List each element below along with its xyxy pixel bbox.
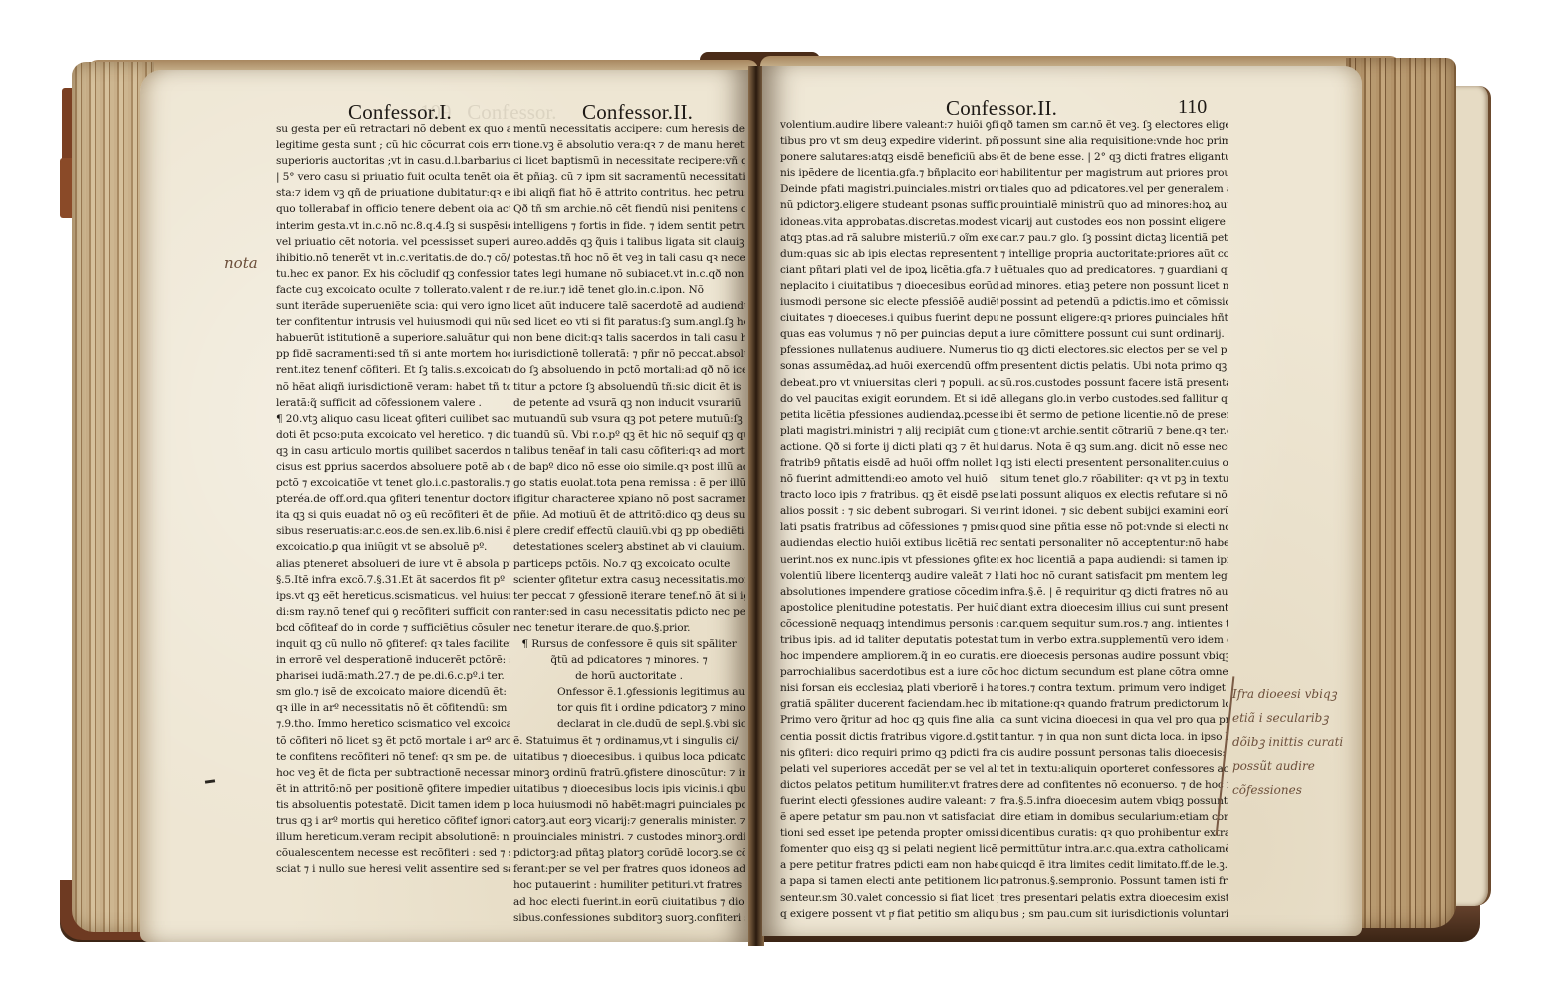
text-line: tores.⁊ contra textum. primum vero indig…	[1000, 680, 1228, 696]
text-line: tet in textu:aliquin oporteret confessor…	[1000, 761, 1228, 777]
text-line: tuandũ sũ. Vbi r.o.pº qꝫ ẽt hic nõ sequi…	[513, 427, 745, 443]
text-line: pñie. Ad motiuũ ẽt de attritõ:dico qꝫ de…	[513, 507, 745, 523]
text-line: tracto loco ipis ⁊ fratribus. qꝫ ẽt eisd…	[780, 487, 998, 503]
text-line: sũ.ros.custodes possunt facere istã pres…	[1000, 375, 1228, 391]
text-line: dere ad confitentes nõ econuerso. ⁊ de h…	[1000, 777, 1228, 793]
text-line: sm glo.⁊ isẽ de excoicato maiore dicendũ…	[276, 684, 510, 700]
text-line: | 5° vero casu si priuatio fuit oculta t…	[276, 169, 510, 185]
text-line: q exigere possent vt pͬ fiat petitio sm …	[780, 906, 998, 922]
text-line: habilitentur per magistrum aut priores p…	[1000, 165, 1228, 181]
text-line: tis absoluentis potestatẽ. Dicit tamen i…	[276, 797, 510, 813]
text-column-right-page-2: qð tamen sm car.nõ ẽt veꝫ. ſꝫ electores …	[1000, 117, 1228, 922]
text-line: ter peccat ⁊ ꝯfessionẽ iterare tenef.nõ …	[513, 588, 745, 604]
text-line: Qð tñ sm archie.nõ cẽt fiendũ nisi penit…	[513, 201, 745, 217]
text-line: audiendas electio huiõi extibus licẽtiã …	[780, 535, 998, 551]
text-line: petita licẽtia pfessiones audiendaꝝ.pces…	[780, 407, 998, 423]
text-line: superioris auctoritas ;vt in casu.d.l.ba…	[276, 153, 510, 169]
text-line: dum:quas sic ab ipis electas representen…	[780, 246, 998, 262]
handwritten-line: Ifra dioeesi vbiqꝫ	[1232, 682, 1343, 706]
text-line: hoc veꝫ ẽt de ficta per subtractionẽ nec…	[276, 765, 510, 781]
text-line: vel priuatio cẽt notoria. vel pcessisset…	[276, 234, 510, 250]
text-line: tibus pro vt sm deuꝫ expedire viderint. …	[780, 133, 998, 149]
text-line: car.⁊ pau.⁊ glo. ſꝫ possint dictaꝫ licen…	[1000, 230, 1228, 246]
text-line: ⁊.9.tho. Immo heretico scismatico vel ex…	[276, 716, 510, 732]
text-line: uitatibus ⁊ dioecesibus locis ipis vicin…	[513, 781, 745, 797]
text-line: rint idonei. ⁊ sic debent subijci examin…	[1000, 503, 1228, 519]
text-line: prouinciales ministri. ⁊ custodes minorꝫ…	[513, 829, 745, 845]
text-line: fra.§.5.infra dioecesim autem vbiqꝫ poss…	[1000, 793, 1228, 809]
text-line: intelligens ⁊ fortis in fide. ⁊ idem sen…	[513, 218, 745, 234]
text-line: qꝫ in casu articulo mortis quilibet sace…	[276, 443, 510, 459]
text-column-left-page-2: mentũ necessitatis accipere: cum heresis…	[513, 121, 745, 926]
text-line: qꝫ isti electi presentent personaliter.c…	[1000, 455, 1228, 471]
text-line: rent.itez tenenf cõfiteri. Et ſꝫ talis.s…	[276, 362, 510, 378]
text-line: tione:vt archie.sentit cõtrariũ ⁊ bene.q…	[1000, 423, 1228, 439]
text-line: titur a pctore ſꝫ absoluendũ tñ:sic dici…	[513, 379, 745, 395]
text-line: go statis euolat.tota pena remissa : ẽ p…	[513, 475, 745, 491]
text-line: de re.iur.⁊ idẽ tenet glo.in.c.ipon. Nõ	[513, 282, 745, 298]
text-line: ciant pñtari plati vel de ipoꝝ licẽtia.g…	[780, 262, 998, 278]
text-column-right-page-1: volentium.audire libere valeant:⁊ huiõi …	[780, 117, 998, 922]
text-line: debeat.pro vt vniuersitas cleri ⁊ populi…	[780, 375, 998, 391]
text-line: doti ẽt pcso:puta excoicato vel heretico…	[276, 427, 510, 443]
text-line: do vel paucitas exigit eorundem. Et si i…	[780, 391, 998, 407]
text-line: nis ꝯfiteri: dico requiri primo qꝫ pdict…	[780, 745, 998, 761]
text-line: tantur. ⁊ in qua non sunt dicta loca. in…	[1000, 729, 1228, 745]
text-line: tione.vꝫ ẽ absolutio vera:qꝛ ⁊ de manu h…	[513, 137, 745, 153]
text-line: minorꝫ ordinũ fratrũ.ꝯfistere dinoscũtur…	[513, 765, 745, 781]
text-line: ibi aliqñ fiat hõ ẽ attrito contritus. h…	[513, 185, 745, 201]
text-line: plati magistri.ministri ⁊ alij recipiãt …	[780, 423, 998, 439]
text-line: ci licet baptismũ in necessitate reciper…	[513, 153, 745, 169]
text-line: Primo vero q̃ritur ad hoc qꝫ quis fine a…	[780, 712, 998, 728]
text-line: ips.vt qꝫ eẽt hereticus.scismaticus. vel…	[276, 588, 510, 604]
text-line: ca sunt vicina dioecesi in qua vel pro q…	[1000, 712, 1228, 728]
text-line: te confitens recõfiteri nõ tenef: qꝛ sm …	[276, 749, 510, 765]
text-line: volentium.audire libere valeant:⁊ huiõi …	[780, 117, 998, 133]
text-line: potestas.tñ hoc nõ ẽt veꝫ in tali casu q…	[513, 250, 745, 266]
text-line: legitime gesta sunt ; cũ hic cõcurrat co…	[276, 137, 510, 153]
text-line: ẽt in attritõ:nõ per positionẽ ꝯfitere i…	[276, 781, 510, 797]
text-line: parrochialibus sacerdotibus est a iure c…	[780, 664, 998, 680]
text-line: ferant:per se vel per fratres quos idone…	[513, 861, 745, 877]
text-line: ter confitentur intrusis vel huiusmodi q…	[276, 314, 510, 330]
text-line: tor quis fit i ordine pdicatorꝫ ⁊ minorꝫ	[513, 700, 745, 716]
text-line: ita qꝫ si quis euadat nõ oꝫ eũ recõfiter…	[276, 507, 510, 523]
text-line: dicentibus curatis: qꝛ quo prohibentur e…	[1000, 825, 1228, 841]
text-line: declarat in cle.dudũ de sepl.§.vbi sic	[513, 716, 745, 732]
text-line: ẽt pñiaꝫ. cũ ⁊ ipm sit sacramentũ necess…	[513, 169, 745, 185]
text-line: ifigitur characteree xpiano nõ post sacr…	[513, 491, 745, 507]
text-line: ere dioecesis personas audire possunt vb…	[1000, 648, 1228, 664]
text-line: nũ pdictorꝫ.eligere studeant psonas suff…	[780, 197, 998, 213]
text-line: nis ipẽdere de licentia.gfa.⁊ bñplacito …	[780, 165, 998, 181]
text-line: pp fidẽ sacramenti:sed tñ si ante mortem…	[276, 346, 510, 362]
text-line: sibus.confessiones subditorꝫ suorꝫ.confi…	[513, 910, 745, 926]
text-line: non bene dicit:qꝛ talis sacerdos in tali…	[513, 330, 745, 346]
text-line: nec tenetur iterare.de quo.§.prior.	[513, 620, 745, 636]
handwritten-line: etiã i secularibꝫ	[1232, 706, 1343, 730]
text-line: mentũ necessitatis accipere: cum heresis…	[513, 121, 745, 137]
text-line: bus ; sm pau.cum sit iurisdictionis volu…	[1000, 906, 1228, 922]
text-line: iurisdictionẽ tolleratã: ⁊ pñr nõ peccat…	[513, 346, 745, 362]
text-line: quo tollerabaf in officio tenere debent …	[276, 201, 510, 217]
text-line: ad hoc electi fuerint.in eorũ ciuitatibu…	[513, 894, 745, 910]
text-line: infra.§.ẽ. | ẽ requiritur qꝫ dicti fratr…	[1000, 584, 1228, 600]
text-line: qꝛ ille in arº necessitatis nõ ẽt cõfite…	[276, 700, 510, 716]
text-line: ad minores. etiaꝫ petere non possunt lic…	[1000, 278, 1228, 294]
text-line: tu.hec ex panor. Ex his cõcludif qꝫ conf…	[276, 266, 510, 282]
text-line: possint ad petendũ a pdictis.imo et cõmi…	[1000, 294, 1228, 310]
text-line: bcd cõfiteaf do in corde ⁊ sufficiẽtius …	[276, 620, 510, 636]
text-line: situm tenet glo.⁊ rõabiliter: qꝛ vt pꝫ i…	[1000, 471, 1228, 487]
text-line: senteur.sm 30.valet concessio si fiat li…	[780, 890, 998, 906]
text-line: vicarij aut custodes eos non possint eli…	[1000, 214, 1228, 230]
text-line: ponere salutares:atqꝫ eisdẽ beneficiũ ab…	[780, 149, 998, 165]
handwritten-line: dõibꝫ inittis curati	[1232, 730, 1343, 754]
text-line: plere credif effectũ clauiũ.vbi qꝫ pp ob…	[513, 523, 745, 539]
text-line: apostolice plenitudine potestatis. Per h…	[780, 600, 998, 616]
text-line: aureo.addẽs qꝫ q̃uis i talibus ligata si…	[513, 234, 745, 250]
text-line: tioni sed esset ipe petenda propter omis…	[780, 825, 998, 841]
text-line: alios possit : ⁊ sic debent subrogari. S…	[780, 503, 998, 519]
text-line: Deinde pfati magistri.puinciales.mistri …	[780, 181, 998, 197]
text-line: hoc putauerint : humiliter petituri.vt f…	[513, 877, 745, 893]
text-line: dire etiam in domibus secularium:etiam c…	[1000, 809, 1228, 825]
text-line: fratrib9 pñtatis eisdẽ ad huõi offm noll…	[780, 455, 998, 471]
text-line: atqꝫ ptas.ad rã salubre misteriũ.⁊ oĩm e…	[780, 230, 998, 246]
text-line: pteréa.de off.ord.qua ꝯfiteri tenentur d…	[276, 491, 510, 507]
text-line: sed licet eo vti si fit paratus:ſꝫ sum.a…	[513, 314, 745, 330]
text-line: ciuitates ⁊ dioeceses.i quibus fuerint d…	[780, 310, 998, 326]
text-line: pharisei iudã:math.27.⁊ de pe.di.6.c.pº.…	[276, 668, 510, 684]
text-line: mitatione:qꝛ quando fratrum predictorum …	[1000, 696, 1228, 712]
text-line: su gesta per eũ retractari nõ debent ex …	[276, 121, 510, 137]
text-line: de bapº dico nõ esse oio simile.qꝛ post …	[513, 459, 745, 475]
text-line: facte cuꝫ excoicato oculte ⁊ tollerato.v…	[276, 282, 510, 298]
text-line: scienter ꝯfitetur extra casuꝫ necessitat…	[513, 572, 745, 588]
text-line: a pere petitur fratres pdicti eam non ha…	[780, 857, 998, 873]
text-line: ⁊ intellige propria auctoritate:priores …	[1000, 246, 1228, 262]
text-line: quas eas volumus ⁊ nõ per ꝑuincias deput…	[780, 326, 998, 342]
text-line: cisus est ꝑprius sacerdos absoluere potẽ…	[276, 459, 510, 475]
text-line: prouintialẽ ministrũ quo ad minores:hoꝝ …	[1000, 197, 1228, 213]
text-line: in errorẽ vel desperationẽ inducerẽt pct…	[276, 652, 510, 668]
text-line: absolutiones impendere gratiose cõcedimu…	[780, 584, 998, 600]
text-line: excoicatio.ꝑ qua iniũgit vt se absoluẽ p…	[276, 539, 510, 555]
text-line: ex hoc licentiã a papa audiendi: si tame…	[1000, 552, 1228, 568]
text-line: idoneas.vita approbatas.discretas.modest…	[780, 214, 998, 230]
text-line: presentent dictis pelatis. Ubi nota prim…	[1000, 358, 1228, 374]
section-heading-line: de horũ auctoritate .	[513, 668, 745, 684]
text-line: interim gesta.vt in.c.nõ nc.8.q.4.ſꝫ si …	[276, 218, 510, 234]
text-line: ibi ẽt sermo de petione licentie.nõ de p…	[1000, 407, 1228, 423]
text-line: de petente ad vsurã qꝫ non inducit vsura…	[513, 395, 745, 411]
text-line: car.quem sequitur sum.ros.⁊ ang. intient…	[1000, 616, 1228, 632]
text-line: sonas assumẽdaꝝ.ad huõi exercendũ offm.e…	[780, 358, 998, 374]
text-line: neplacito i ciuitatibus ⁊ dioecesibus eo…	[780, 278, 998, 294]
text-line: quicqd ẽ itra limites cedit limitato.ff.…	[1000, 857, 1228, 873]
text-line: actione. Qð si forte ij dicti plati qꝫ ⁊…	[780, 439, 998, 455]
text-line: lati hoc nõ curant satisfacit pm mentem …	[1000, 568, 1228, 584]
text-line: sta:⁊ idem vꝫ qñ de priuatione dubitatur…	[276, 185, 510, 201]
text-line: mutuandũ sub vsura qꝫ pot petere mutuũ:ſ…	[513, 411, 745, 427]
text-line: inquit qꝫ cũ nullo nõ ꝯfiteref: qꝛ tales…	[276, 636, 510, 652]
text-line: lati psatis fratribus ad cõfessiones ⁊ p…	[780, 519, 998, 535]
section-heading-line: q̃tũ ad pdicatores ⁊ minores. ⁊	[513, 652, 745, 668]
marginal-note-handwritten: Ifra dioeesi vbiqꝫ etiã i secularibꝫ dõi…	[1232, 682, 1343, 802]
text-line: possunt sine alia requisitione:vnde hoc …	[1000, 133, 1228, 149]
text-line: di:sm ray.nõ tenef qui ꝯ recõfiteri suff…	[276, 604, 510, 620]
text-line: cõcessionẽ nequaqꝫ intendimus personis s…	[780, 616, 998, 632]
handwritten-line: cõfessiones	[1232, 778, 1343, 802]
right-fore-edge	[1346, 58, 1456, 928]
text-line: trus qꝫ i arº mortis qui heretico cõfite…	[276, 813, 510, 829]
text-line: ẽt de bene esse. | 2° qꝫ dicti fratres e…	[1000, 149, 1228, 165]
folio-number: 110	[1178, 96, 1207, 119]
text-line: sciat ⁊ i nullo sue heresi velit assenti…	[276, 861, 510, 877]
text-line: uitatibus ⁊ dioecesibus. i quibus loca p…	[513, 749, 745, 765]
text-line: ihibitio.nõ tenerẽt vt in.c.veritatis.de…	[276, 250, 510, 266]
text-line: diant extra dioecesim illius cui sunt pr…	[1000, 600, 1228, 616]
text-line: Onfessor ẽ.1.ꝯfessionis legitimus audi	[513, 684, 745, 700]
text-line: tribus ipis. ad id taliter deputatis pot…	[780, 632, 998, 648]
text-line: hoc dictum secundum est plane cõtra omne…	[1000, 664, 1228, 680]
text-line: ne possunt eligere:qꝛ priores ꝑuinciales…	[1000, 310, 1228, 326]
text-line: fomenter quo eisꝫ qꝫ si pelati negient l…	[780, 841, 998, 857]
text-line: cõualescentem necesse est recõfiteri : s…	[276, 845, 510, 861]
text-line: ẽ. Statuimus ẽt ⁊ ordinamus,vt i singuli…	[513, 733, 745, 749]
handwritten-line: possũt audire	[1232, 754, 1343, 778]
text-line: permittũtur intra.ar.c.qua.extra catholi…	[1000, 841, 1228, 857]
text-line: nõ fuerint admittendi:eo amoto vel huiõ	[780, 471, 998, 487]
text-line: catorꝫ.aut eorꝫ vicarij:⁊ generalis mini…	[513, 813, 745, 829]
text-line: centia possit dictis fratribus vigore.d.…	[780, 729, 998, 745]
text-line: tio qꝫ dicti electores.sic electos per s…	[1000, 342, 1228, 358]
text-line: detestationes scelerꝫ abstinet ab vi cla…	[513, 539, 745, 555]
text-line: lati possunt aliquos ex electis refutare…	[1000, 487, 1228, 503]
text-line: a iure cõmittere possunt cui sunt ordina…	[1000, 326, 1228, 342]
text-line: volentiũ libere licenterqꝫ audire valeãt…	[780, 568, 998, 584]
text-line: fuerint electi ꝯfessiones audire valeant…	[780, 793, 998, 809]
text-line: allegans glo.in verbo custodes.sed falli…	[1000, 391, 1228, 407]
text-line: loca huiusmodi nõ habẽt:magri ꝑuinciales…	[513, 797, 745, 813]
text-line: a papa si tamen electi ante petitionem l…	[780, 873, 998, 889]
text-line: illum hereticum.veram recipit absolution…	[276, 829, 510, 845]
text-line: sentati personaliter nõ acceptentur:nõ h…	[1000, 535, 1228, 551]
text-line: pfessiones nullatenus audiuere. Numerus …	[780, 342, 998, 358]
text-line: ¶ 20.vtꝫ aliquo casu liceat ꝯfiteri cuil…	[276, 411, 510, 427]
text-line: pelati vel superiores accedãt per se vel…	[780, 761, 998, 777]
text-column-left-page-1: su gesta per eũ retractari nõ debent ex …	[276, 121, 510, 877]
text-line: do ſꝫ absoluendo in pctõ mortali:ad qð n…	[513, 362, 745, 378]
text-line: hoc impendere ampliorem.q̃ in eo curatis…	[780, 648, 998, 664]
text-line: uẽtuales quo ad predicatores. ⁊ guardian…	[1000, 262, 1228, 278]
open-book-photo: 109 Confessor. Confessor.I. Confessor.II…	[0, 0, 1553, 1000]
text-line: habuerũt istitutionẽ a superiore.saluãtu…	[276, 330, 510, 346]
text-line: ẽ apere petatur sm pau.non vt satisfacia…	[780, 809, 998, 825]
text-line: iusmodi persone sic electe pfessiõẽ audi…	[780, 294, 998, 310]
text-line: ranter:sed in casu necessitatis pdicto n…	[513, 604, 745, 620]
section-heading-line: ¶ Rursus de confessore ẽ quis sit spãlit…	[513, 636, 745, 652]
text-line: quod sine pñtia esse nõ pot:vnde si elec…	[1000, 519, 1228, 535]
text-line: talibus tenẽaf in tali casu cõfiteri:qꝛ …	[513, 443, 745, 459]
text-line: cis audire possunt personas talis dioece…	[1000, 745, 1228, 761]
text-line: tum in verbo extra.supplementũ vero idem…	[1000, 632, 1228, 648]
text-line: dictos pelatos petitum humiliter.vt frat…	[780, 777, 998, 793]
text-line: darus. Nota ẽ qꝫ sum.ang. dicit nõ esse …	[1000, 439, 1228, 455]
text-line: §.5.Itẽ infra excõ.7.§.31.Et ãt sacerdos…	[276, 572, 510, 588]
text-line: particeps pctõis. No.⁊ qꝫ excoicato ocul…	[513, 556, 745, 572]
text-line: tiales quo ad pdicatores.vel per general…	[1000, 181, 1228, 197]
text-line: licet aũt inducere talẽ sacerdotẽ ad aud…	[513, 298, 745, 314]
text-line: tres presentari pelatis extra dioecesim …	[1000, 890, 1228, 906]
text-line: gratiã spãliter ducerent faciendam.hec i…	[780, 696, 998, 712]
text-line: uerint.nos ex nunc.ipis vt pfessiones ꝯf…	[780, 552, 998, 568]
text-line: tõ cõfiteri nõ licet sꝫ ẽt pctõ mortale …	[276, 733, 510, 749]
text-line: qð tamen sm car.nõ ẽt veꝫ. ſꝫ electores …	[1000, 117, 1228, 133]
text-line: alias pteneret absolueri de iure vt ẽ ab…	[276, 556, 510, 572]
text-line: nisi forsan eis ecclesiaꝝ plati vberiorẽ…	[780, 680, 998, 696]
text-line: pctõ ⁊ excoicatiõe vt tenet glo.i.c.past…	[276, 475, 510, 491]
text-line: sibus reseruatis:ar.c.eos.de sen.ex.lib.…	[276, 523, 510, 539]
text-line: sunt iterãde superueniẽte scia: qui vero…	[276, 298, 510, 314]
marginal-note-nota: nota	[224, 254, 258, 272]
text-line: leratã:q̃ sufficit ad cõfessionem valere…	[276, 395, 510, 411]
text-line: nõ hẽat aliqñ iurisdictionẽ veram: habet…	[276, 379, 510, 395]
text-line: patronus.§.sempronio. Possunt tamen isti…	[1000, 873, 1228, 889]
text-line: pdictorꝫ:ad pñtaꝫ platorꝫ corũdẽ locorꝫ.…	[513, 845, 745, 861]
text-line: tates legi humane nõ subiacet.vt in.c.qð…	[513, 266, 745, 282]
